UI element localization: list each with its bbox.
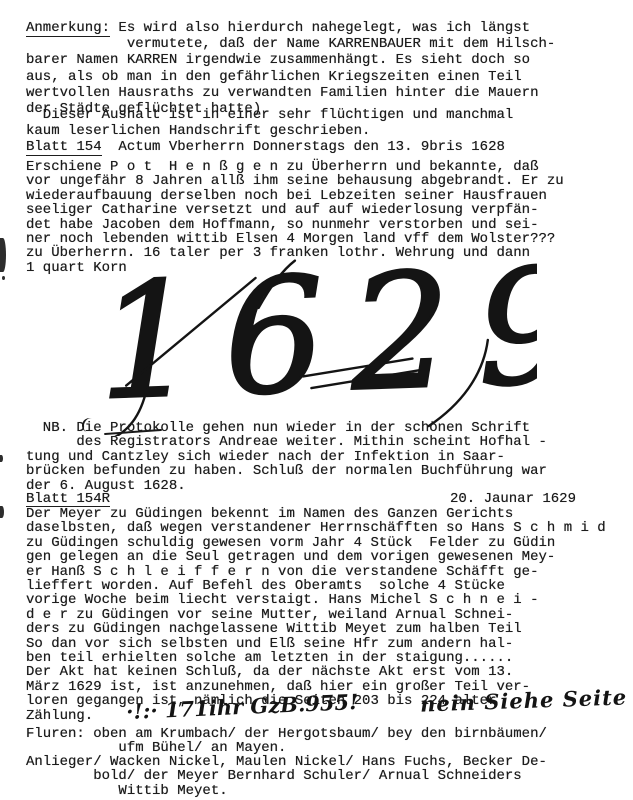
- typed-line: det habe Jacoben dem Hoffmann, so nunmeh…: [26, 218, 564, 232]
- typed-line: seeliger Catharine versetzt und auf auf …: [26, 203, 564, 217]
- typed-line: barer Namen KARREN irgendwie zusammenhän…: [26, 52, 555, 68]
- scan-artifact: [0, 238, 6, 272]
- typed-line: Dieser Aushalt ist in einer sehr flüchti…: [26, 107, 513, 123]
- typed-line: Wittib Meyet.: [26, 784, 547, 798]
- typed-line: Anmerkung: Es wird also hierdurch nahege…: [26, 20, 555, 36]
- scan-artifact: [2, 276, 5, 280]
- typed-line: vor ungefähr 8 Jahren allß ihm seine beh…: [26, 174, 564, 188]
- paragraph-fluren: Fluren: oben am Krumbach/ der Hergotsbau…: [26, 727, 547, 756]
- typed-line: vermutete, daß der Name KARRENBAUER mit …: [26, 36, 555, 52]
- paragraph-anmerkung: Anmerkung: Es wird also hierdurch nahege…: [26, 20, 555, 117]
- typed-line: ders zu Güdingen nachgelassene Wittib Me…: [26, 622, 606, 636]
- typed-line: er Hanß S c h l e i f f e r n von die ve…: [26, 565, 606, 579]
- typed-line: daselbsten, daß wegen verstandener Herrn…: [26, 521, 606, 535]
- typed-line: des Registrators Andreae weiter. Mithin …: [26, 435, 547, 449]
- typed-line: Blatt 154 Actum Vberherrn Donnerstags de…: [26, 140, 505, 154]
- typed-line: brücken befunden zu haben. Schluß der no…: [26, 464, 547, 478]
- paragraph-nb-note: NB. Die Protokolle gehen nun wieder in d…: [26, 421, 547, 493]
- typed-line: Der Akt hat keinen Schluß, da der nächst…: [26, 665, 606, 679]
- typed-line: vorige Woche beim liecht verstaigt. Hans…: [26, 593, 606, 607]
- scan-artifact: [0, 506, 4, 518]
- typed-line: wertvollen Hausraths zu verwandten Famil…: [26, 85, 555, 101]
- year-numerals: 1629: [95, 258, 537, 435]
- scan-artifact: [0, 455, 3, 462]
- typed-line: So dan vor sich selbsten und Elß seine H…: [26, 637, 606, 651]
- typed-line: kaum leserlichen Handschrift geschrieben…: [26, 123, 513, 139]
- scanned-document-page: Anmerkung: Es wird also hierdurch nahege…: [0, 0, 633, 800]
- paragraph-anlieger: Anlieger/ Wacken Nickel, Maulen Nickel/ …: [26, 755, 547, 798]
- heading-blatt-154: Blatt 154 Actum Vberherrn Donnerstags de…: [26, 140, 505, 154]
- paragraph-aushalt-note: Dieser Aushalt ist in einer sehr flüchti…: [26, 107, 513, 139]
- typed-line: aus, als ob man in den gefährlichen Krie…: [26, 69, 555, 85]
- typed-line: gen gelegen an die Seul getragen und dem…: [26, 550, 606, 564]
- handwritten-year-1629: 1629: [92, 258, 537, 436]
- typed-line: bold/ der Meyer Bernhard Schuler/ Arnual…: [26, 769, 547, 783]
